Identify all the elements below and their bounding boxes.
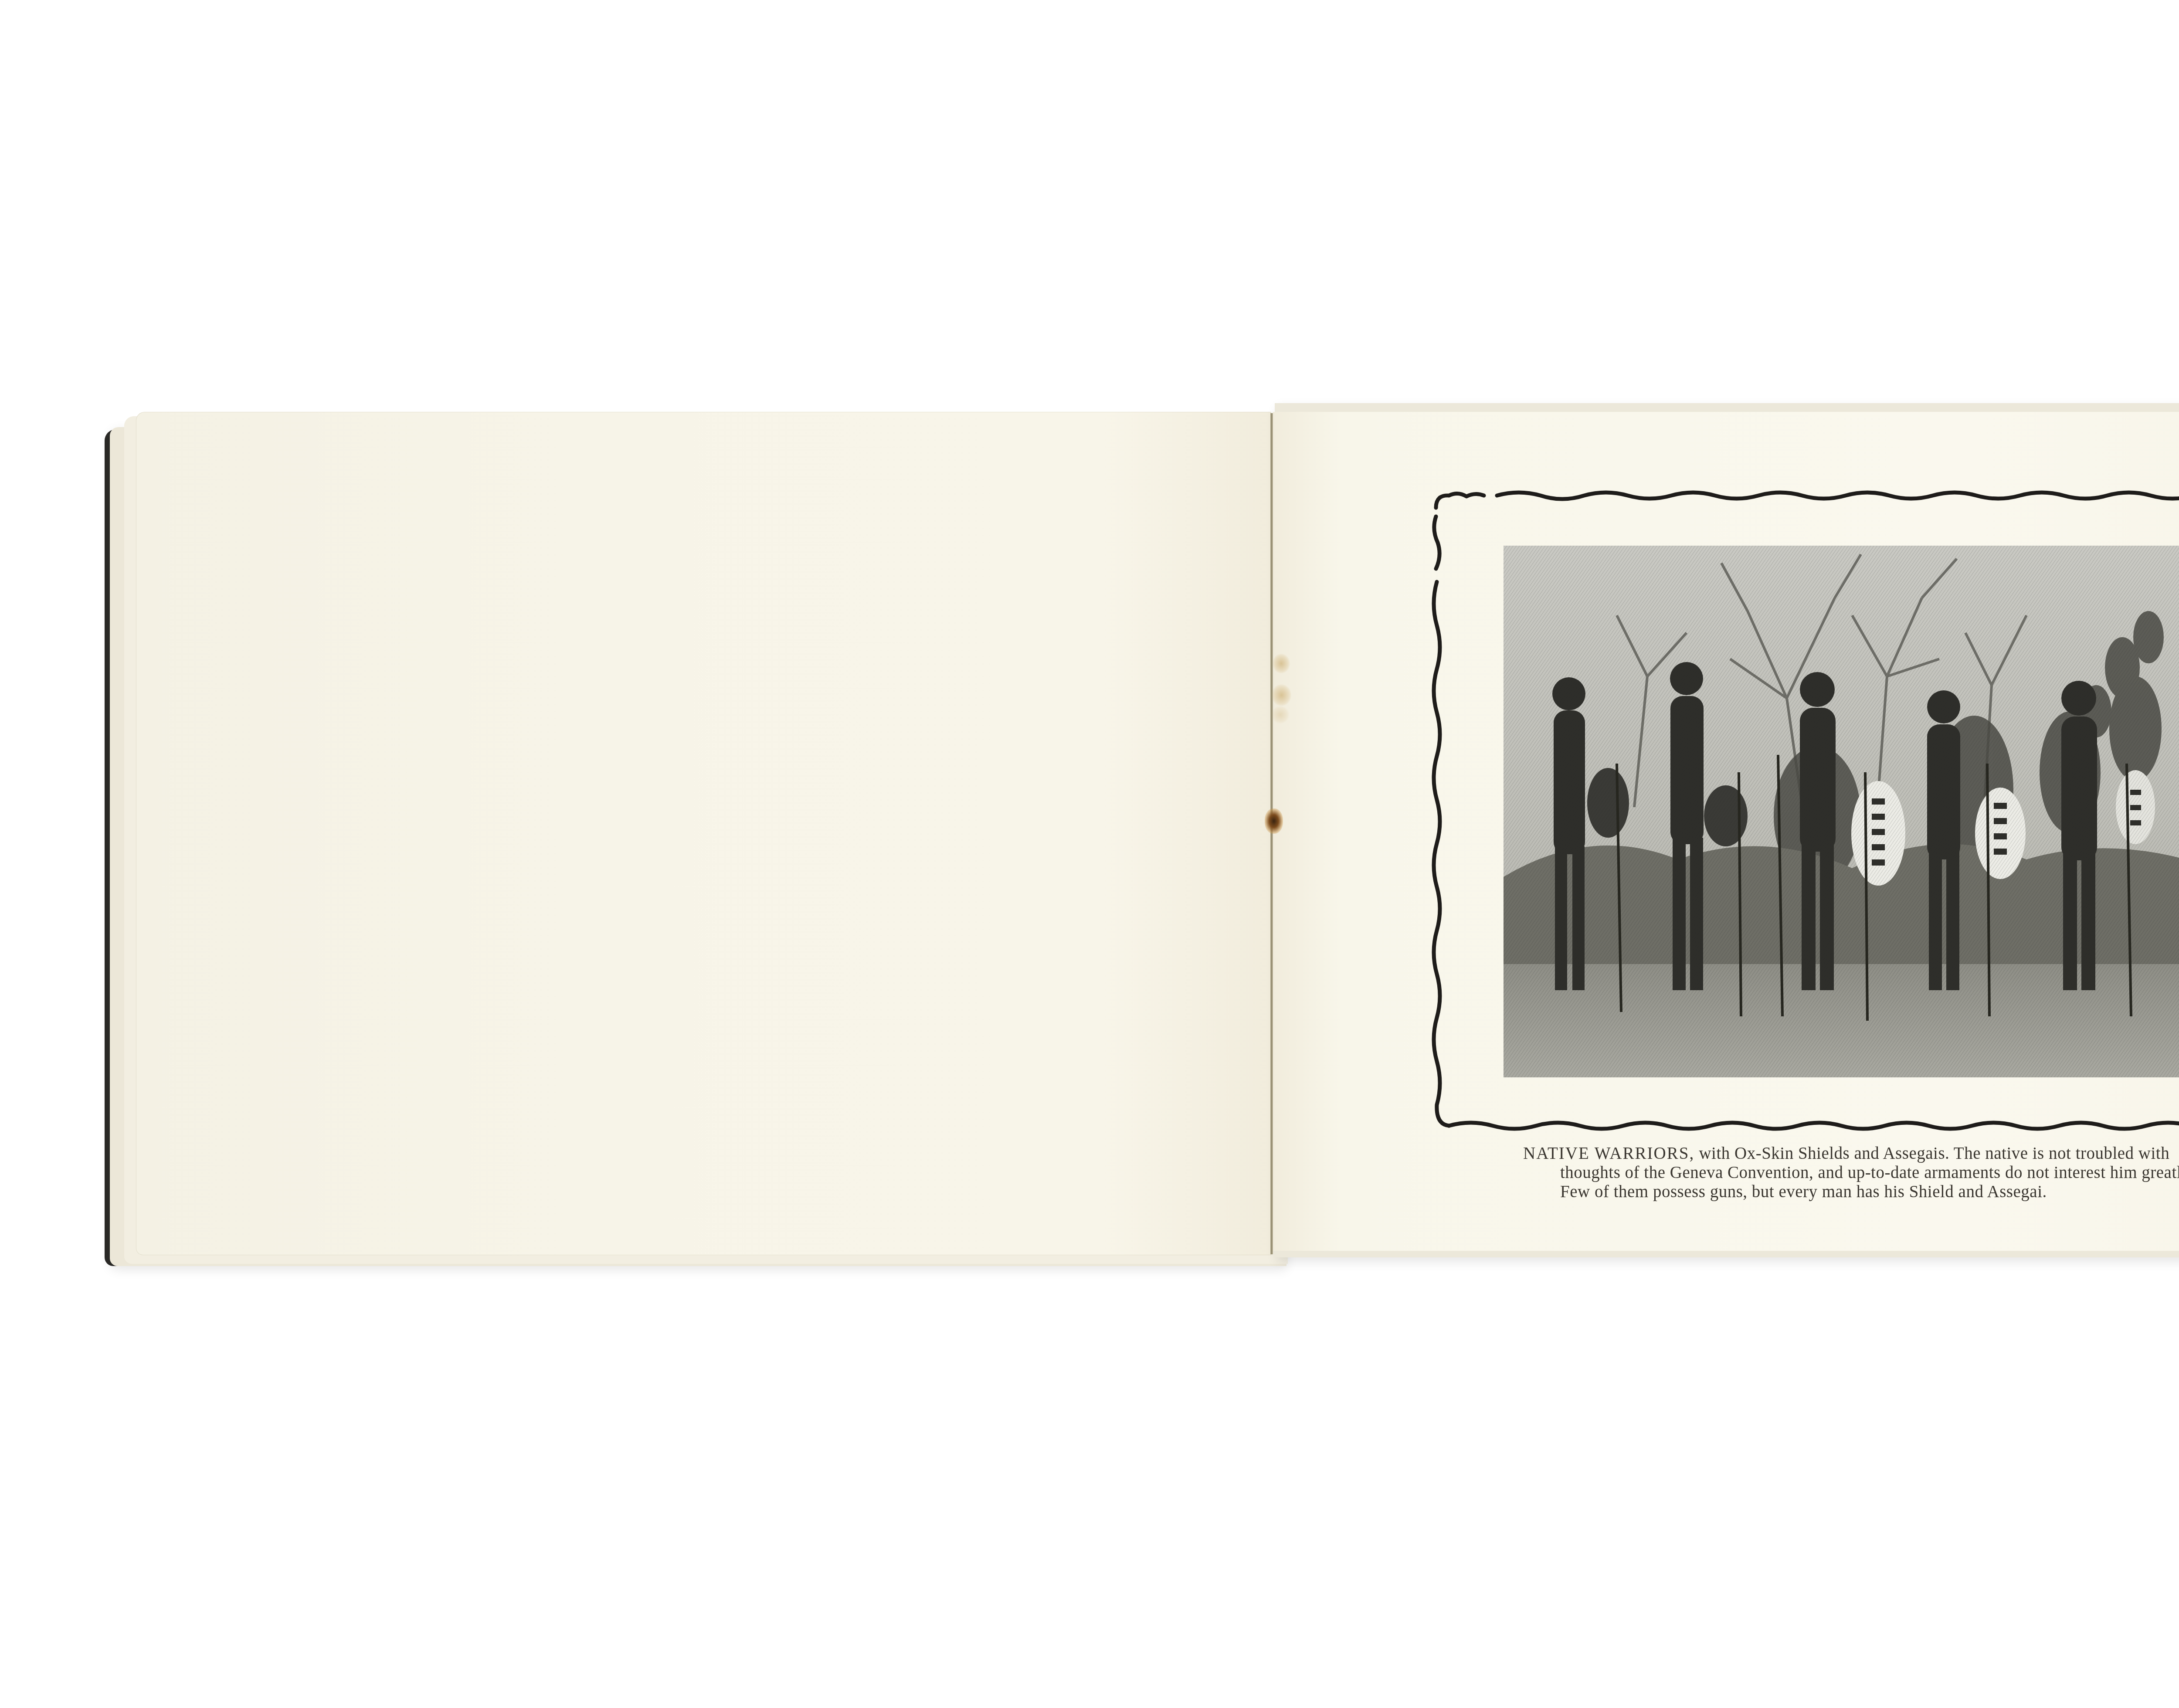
book-gutter — [1270, 413, 1273, 1254]
caption-line-1: NATIVE WARRIORS, with Ox-Skin Shields an… — [1523, 1144, 2179, 1163]
foxing-stain — [1272, 706, 1289, 723]
foxing-stain — [1272, 684, 1291, 706]
left-page-blank — [136, 412, 1271, 1255]
caption-line-2: thoughts of the Geneva Convention, and u… — [1523, 1163, 2179, 1182]
paper-damage-spot — [1265, 808, 1283, 834]
caption-title: NATIVE WARRIORS, — [1523, 1144, 1694, 1163]
open-book: NATIVE WARRIORS, with Ox-Skin Shields an… — [0, 0, 2179, 1708]
warriors-photograph — [1504, 546, 2179, 1077]
caption-line-3: Few of them possess guns, but every man … — [1523, 1182, 2179, 1202]
caption-line-1-text: with Ox-Skin Shields and Assegais. The n… — [1694, 1144, 2169, 1163]
photo-caption: NATIVE WARRIORS, with Ox-Skin Shields an… — [1523, 1144, 2179, 1202]
foxing-stain — [1273, 654, 1290, 673]
